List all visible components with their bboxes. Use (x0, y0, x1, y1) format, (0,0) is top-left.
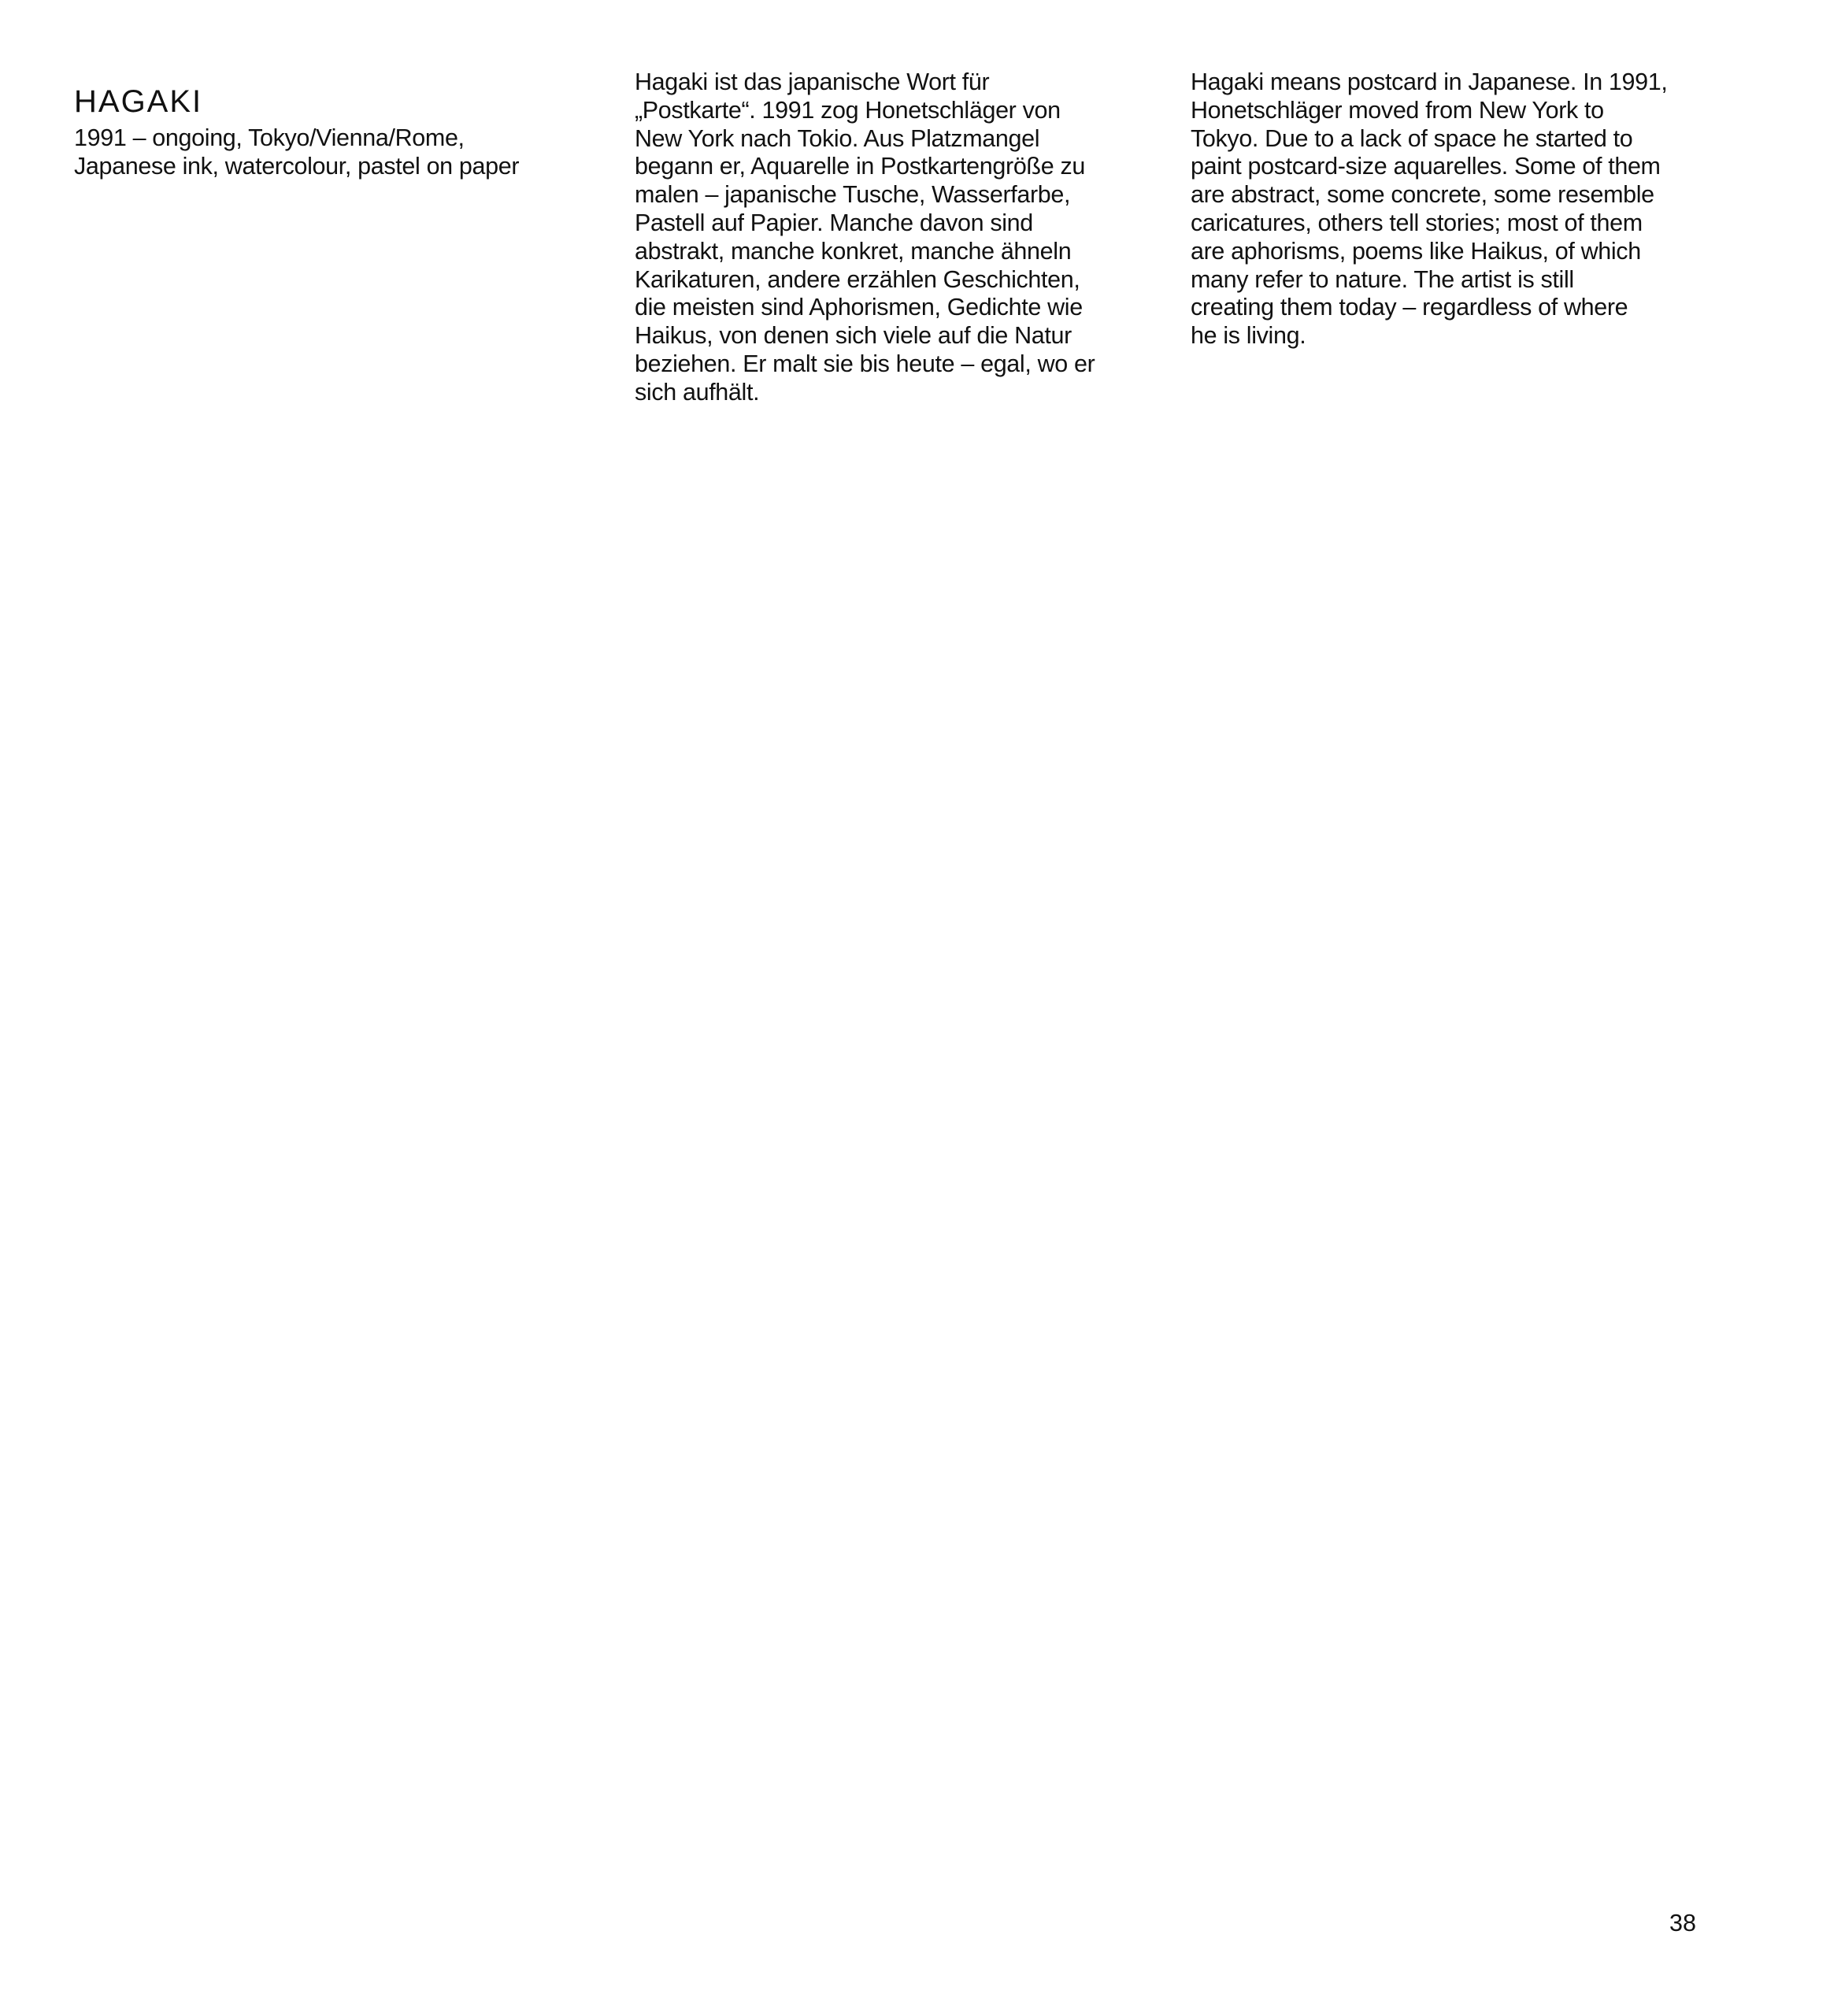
text-line: many refer to nature. The artist is stil… (1191, 266, 1668, 295)
text-line: are aphorisms, poems like Haikus, of whi… (1191, 238, 1668, 266)
english-description: Hagaki means postcard in Japanese. In 19… (1191, 69, 1668, 350)
text-line: Pastell auf Papier. Manche davon sind (635, 209, 1095, 238)
page-title: HAGAKI (74, 83, 202, 120)
text-line: begann er, Aquarelle in Postkartengröße … (635, 153, 1095, 181)
text-line: Tokyo. Due to a lack of space he started… (1191, 125, 1668, 154)
german-description: Hagaki ist das japanische Wort für „Post… (635, 69, 1095, 407)
artwork-details: 1991 – ongoing, Tokyo/Vienna/Rome, Japan… (74, 124, 519, 181)
text-line: he is living. (1191, 322, 1668, 350)
text-line: are abstract, some concrete, some resemb… (1191, 181, 1668, 209)
text-line: beziehen. Er malt sie bis heute – egal, … (635, 350, 1095, 379)
text-line: sich aufhält. (635, 379, 1095, 407)
text-line: Haikus, von denen sich viele auf die Nat… (635, 322, 1095, 350)
text-line: creating them today – regardless of wher… (1191, 294, 1668, 322)
text-line: Karikaturen, andere erzählen Geschichten… (635, 266, 1095, 295)
text-line: malen – japanische Tusche, Wasserfarbe, (635, 181, 1095, 209)
text-line: Hagaki ist das japanische Wort für (635, 69, 1095, 97)
text-line: Hagaki means postcard in Japanese. In 19… (1191, 69, 1668, 97)
text-line: die meisten sind Aphorismen, Gedichte wi… (635, 294, 1095, 322)
artwork-medium: Japanese ink, watercolour, pastel on pap… (74, 153, 519, 181)
text-line: caricatures, others tell stories; most o… (1191, 209, 1668, 238)
page-number: 38 (1669, 1909, 1696, 1937)
text-line: paint postcard-size aquarelles. Some of … (1191, 153, 1668, 181)
text-line: New York nach Tokio. Aus Platzmangel (635, 125, 1095, 154)
text-line: abstrakt, manche konkret, manche ähneln (635, 238, 1095, 266)
artwork-date-location: 1991 – ongoing, Tokyo/Vienna/Rome, (74, 124, 519, 153)
text-line: „Postkarte“. 1991 zog Honetschläger von (635, 97, 1095, 125)
text-line: Honetschläger moved from New York to (1191, 97, 1668, 125)
